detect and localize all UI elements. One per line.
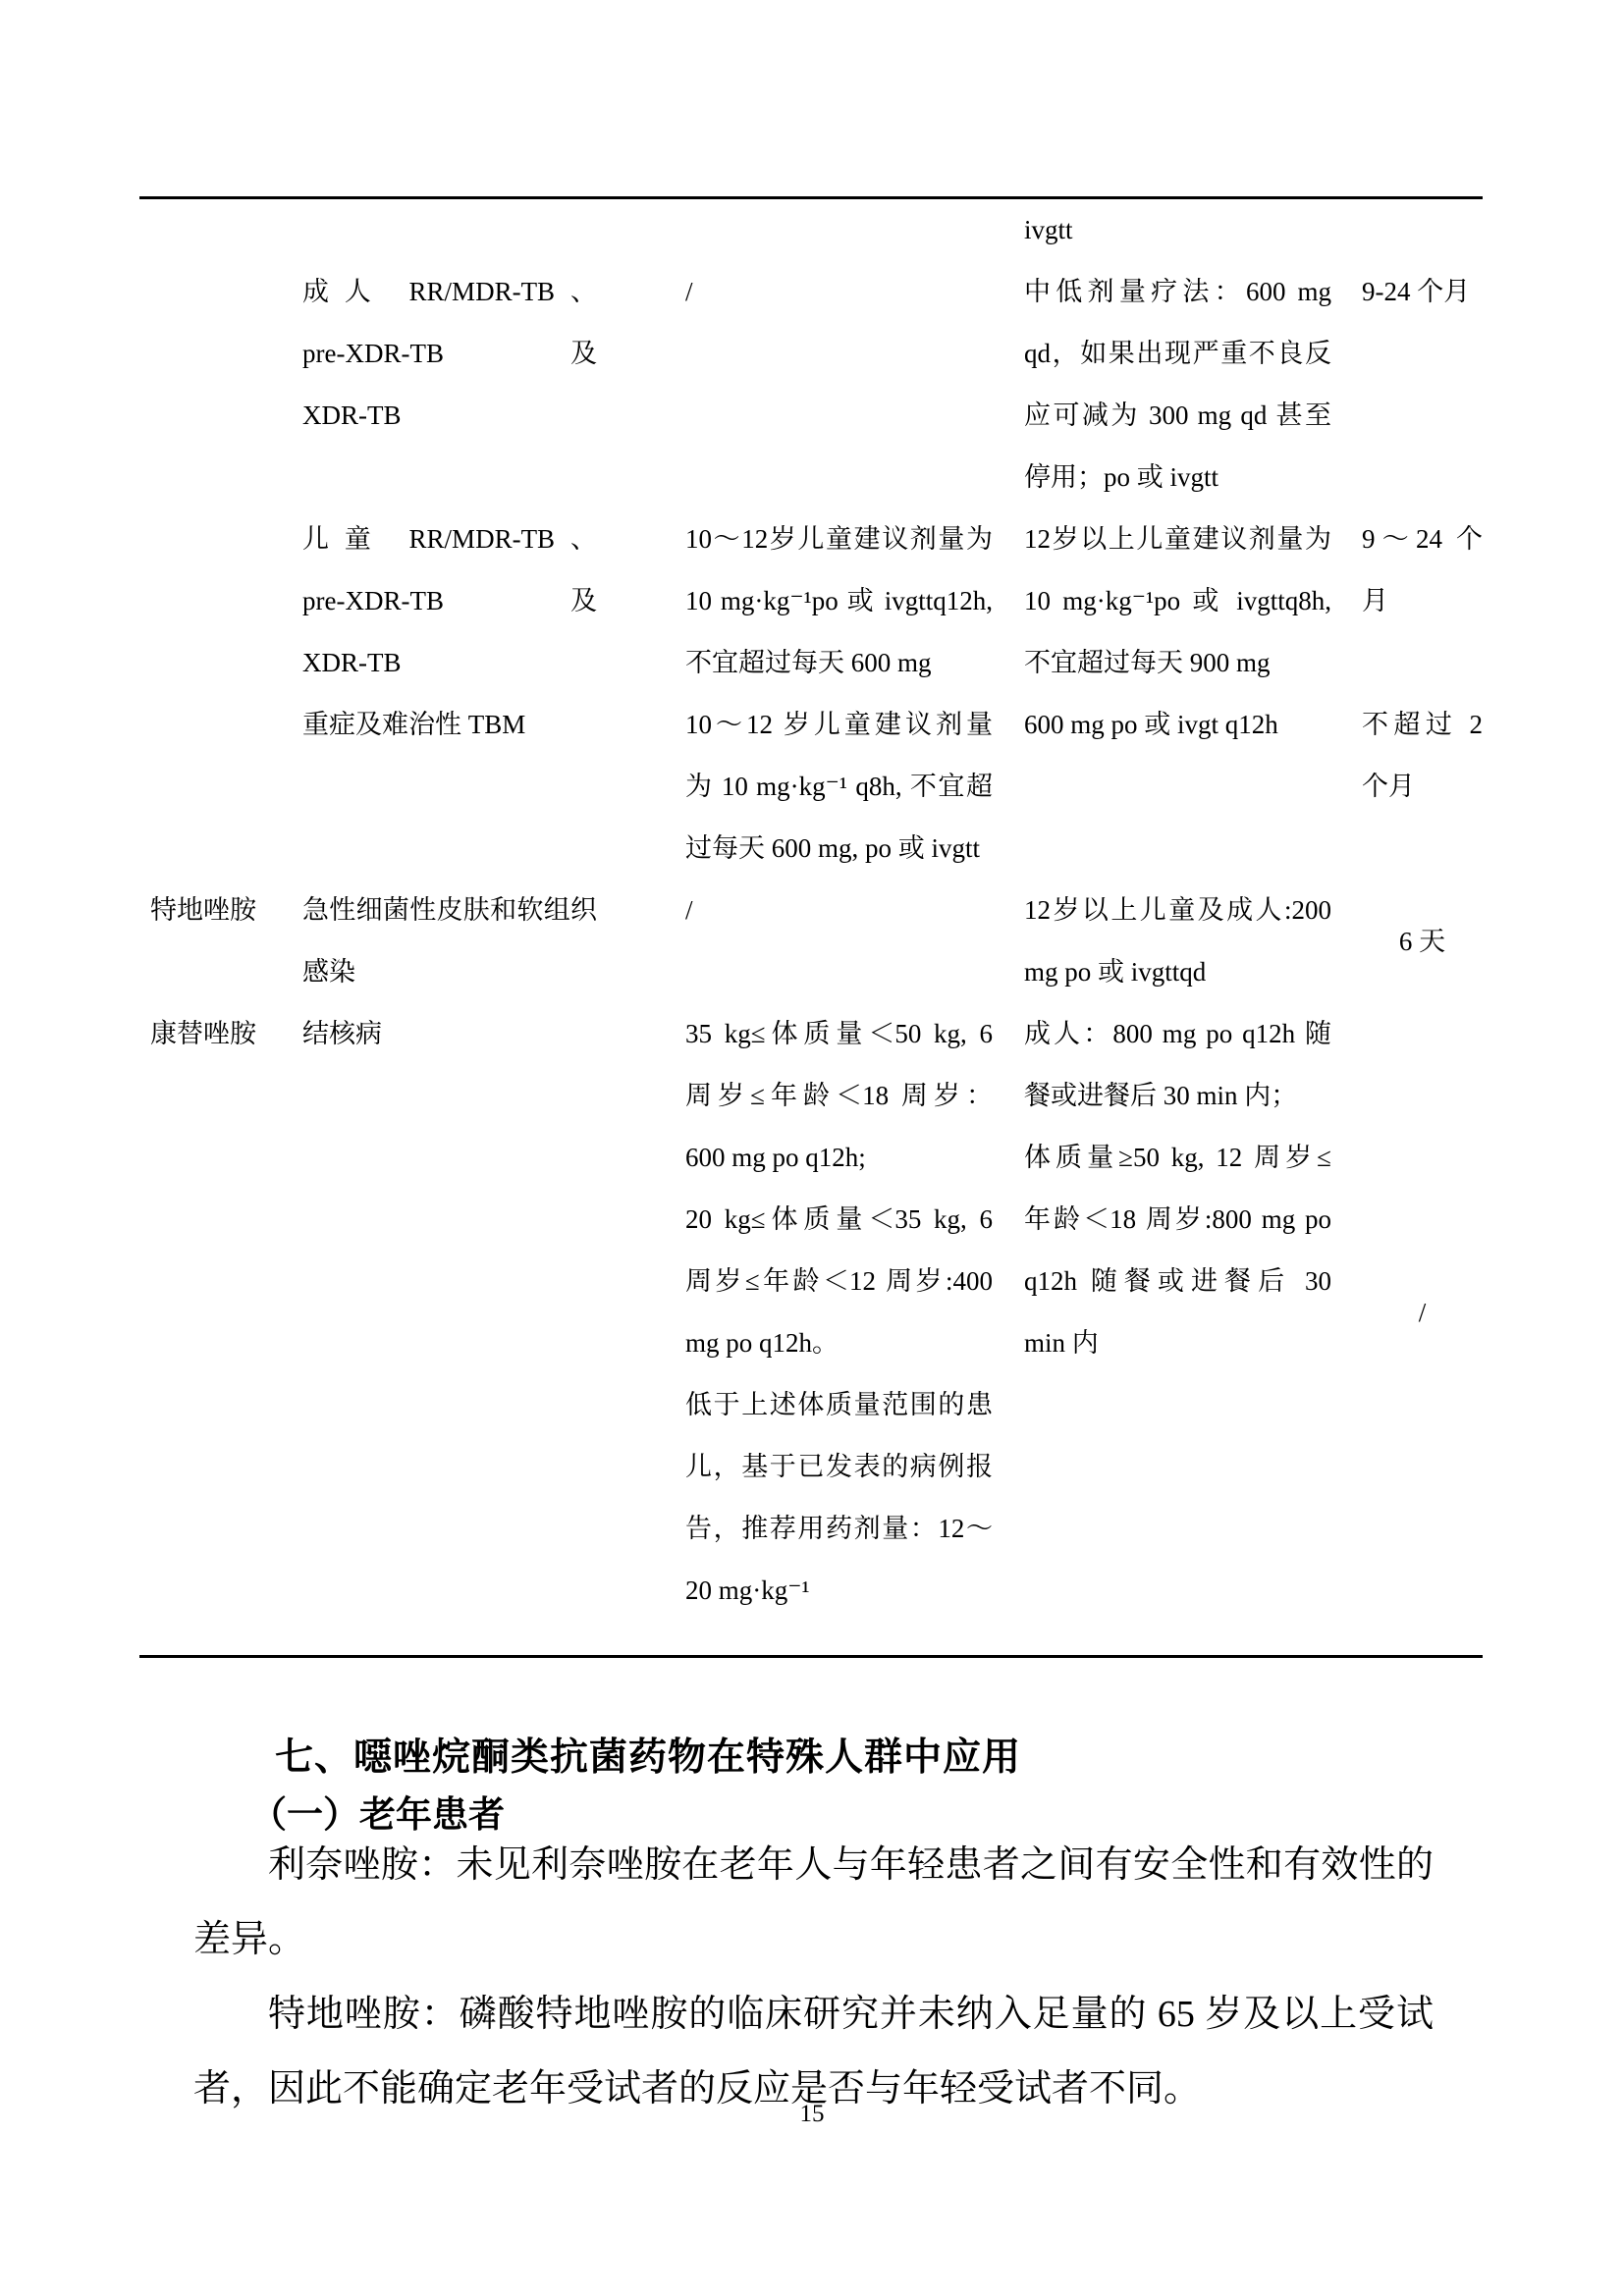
cell-line: 10 mg·kg⁻¹po 或 ivgttq8h, — [1024, 570, 1331, 632]
table-cell-c3: 35 kg≤体质量＜50 kg, 6周岁≤年龄＜18 周岁：600 mg po … — [685, 1003, 993, 1622]
table-cell-c3 — [685, 199, 993, 261]
table-cell-c3: 10～12 岁儿童建议剂量为 10 mg·kg⁻¹ q8h, 不宜超过每天 60… — [685, 694, 993, 880]
table-cell-c3: / — [685, 880, 993, 1003]
table-cell-c1 — [139, 199, 302, 261]
table-cell-c5: / — [1362, 1003, 1483, 1622]
table-cell-c4: 成人：800 mg po q12h 随餐或进餐后 30 min 内；体质量≥50… — [1024, 1003, 1331, 1622]
cell-line: 35 kg≤体质量＜50 kg, 6 — [685, 1003, 993, 1065]
cell-line: mg po q12h。 — [685, 1312, 993, 1374]
table-cell-c1 — [139, 508, 302, 694]
table-cell-c2: 重症及难治性 TBM — [302, 694, 597, 880]
cell-line: 体质量≥50 kg, 12 周岁≤ — [1024, 1127, 1331, 1189]
cell-line: 特地唑胺 — [150, 880, 302, 941]
cell-line: 结核病 — [302, 1003, 597, 1065]
row-adult-rr-mdr-tb: 成人 RR/MDR-TB、pre-XDR-TB 及XDR-TB/中低剂量疗法：6… — [139, 261, 1483, 508]
cell-line: 10 mg·kg⁻¹po 或 ivgttq12h, — [685, 570, 993, 632]
cell-line: pre-XDR-TB 及 — [302, 570, 597, 632]
cell-line: 低于上述体质量范围的患 — [685, 1374, 993, 1436]
cell-line: 10～12岁儿童建议剂量为 — [685, 508, 993, 570]
table-cell-c4: 600 mg po 或 ivgt q12h — [1024, 694, 1331, 880]
cell-line: 600 mg po 或 ivgt q12h — [1024, 694, 1331, 756]
cell-line: XDR-TB — [302, 632, 597, 694]
cell-line: 不宜超过每天 900 mg — [1024, 632, 1331, 694]
table-cell-c5: 9～24 个月 — [1362, 508, 1483, 694]
cell-line: XDR-TB — [302, 385, 597, 447]
cell-line: 6 天 — [1362, 911, 1483, 973]
cell-line: 应可减为 300 mg qd 甚至 — [1024, 385, 1331, 447]
cell-line: / — [1362, 1282, 1483, 1344]
table-cell-c2 — [302, 199, 597, 261]
cell-line: / — [685, 880, 993, 941]
table-cell-c4: 中低剂量疗法：600 mgqd，如果出现严重不良反应可减为 300 mg qd … — [1024, 261, 1331, 508]
cell-line: 周岁≤年龄＜18 周岁： — [685, 1065, 993, 1127]
cell-line: 急性细菌性皮肤和软组织 — [302, 880, 597, 941]
cell-line: 餐或进餐后 30 min 内； — [1024, 1065, 1331, 1127]
cell-line: 停用；po 或 ivgtt — [1024, 447, 1331, 508]
section-body: 利奈唑胺：未见利奈唑胺在老年人与年轻患者之间有安全性和有效性的差异。 特地唑胺：… — [193, 1828, 1434, 2126]
cell-line: 10～12 岁儿童建议剂量 — [685, 694, 993, 756]
cell-line: 个月 — [1362, 756, 1483, 818]
cell-line: 600 mg po q12h; — [685, 1127, 993, 1189]
cell-line: 20 mg·kg⁻¹ — [685, 1560, 993, 1622]
cell-line: qd，如果出现严重不良反 — [1024, 323, 1331, 385]
cell-line: 年龄＜18 周岁:800 mg po — [1024, 1189, 1331, 1251]
table-cell-c5: 6 天 — [1362, 880, 1483, 1003]
cell-line: 感染 — [302, 941, 597, 1003]
cell-line: q12h 随餐或进餐后 30 — [1024, 1251, 1331, 1312]
cell-line: 过每天 600 mg, po 或 ivgtt — [685, 818, 993, 880]
table-cell-c1: 特地唑胺 — [139, 880, 302, 1003]
table-cell-c4: 12岁以上儿童及成人:200mg po 或 ivgttqd — [1024, 880, 1331, 1003]
table-cell-c5: 9-24 个月 — [1362, 261, 1483, 508]
cell-line: 12岁以上儿童建议剂量为 — [1024, 508, 1331, 570]
cell-line: 中低剂量疗法：600 mg — [1024, 261, 1331, 323]
cell-line: 9-24 个月 — [1362, 261, 1483, 323]
cell-line: 儿童 RR/MDR-TB、 — [302, 508, 597, 570]
table-cell-c1 — [139, 694, 302, 880]
cell-line: ivgtt — [1024, 199, 1331, 261]
paragraph-linezolid-elderly: 利奈唑胺：未见利奈唑胺在老年人与年轻患者之间有安全性和有效性的差异。 — [193, 1828, 1434, 1977]
cell-line: 成人 RR/MDR-TB、 — [302, 261, 597, 323]
cell-line: 康替唑胺 — [150, 1003, 302, 1065]
row-child-rr-mdr-tb: 儿童 RR/MDR-TB、pre-XDR-TB 及XDR-TB10～12岁儿童建… — [139, 508, 1483, 694]
table-cell-c4: 12岁以上儿童建议剂量为10 mg·kg⁻¹po 或 ivgttq8h,不宜超过… — [1024, 508, 1331, 694]
table-cell-c2: 急性细菌性皮肤和软组织感染 — [302, 880, 597, 1003]
document-page: ivgtt成人 RR/MDR-TB、pre-XDR-TB 及XDR-TB/中低剂… — [0, 0, 1624, 2296]
row-contezolid: 康替唑胺结核病35 kg≤体质量＜50 kg, 6周岁≤年龄＜18 周岁：600… — [139, 1003, 1483, 1622]
cell-line: / — [685, 261, 993, 323]
cell-line: 20 kg≤体质量＜35 kg, 6 — [685, 1189, 993, 1251]
cell-line: pre-XDR-TB 及 — [302, 323, 597, 385]
section-heading: 七、噁唑烷酮类抗菌药物在特殊人群中应用 — [275, 1735, 1021, 1782]
cell-line: 12岁以上儿童及成人:200 — [1024, 880, 1331, 941]
cell-line: 月 — [1362, 570, 1483, 632]
table-cell-c3: 10～12岁儿童建议剂量为10 mg·kg⁻¹po 或 ivgttq12h,不宜… — [685, 508, 993, 694]
cell-line: 为 10 mg·kg⁻¹ q8h, 不宜超 — [685, 756, 993, 818]
table-cell-c3: / — [685, 261, 993, 508]
cell-line: 儿，基于已发表的病例报 — [685, 1436, 993, 1498]
table-cell-c2: 儿童 RR/MDR-TB、pre-XDR-TB 及XDR-TB — [302, 508, 597, 694]
cell-line: 成人：800 mg po q12h 随 — [1024, 1003, 1331, 1065]
cell-line: 不宜超过每天 600 mg — [685, 632, 993, 694]
cell-line: mg po 或 ivgttqd — [1024, 941, 1331, 1003]
cell-line: 周岁≤年龄＜12 周岁:400 — [685, 1251, 993, 1312]
row-continuation-ivgtt: ivgtt — [139, 199, 1483, 261]
cell-line: 不超过 2 — [1362, 694, 1483, 756]
table-bottom-rule — [139, 1655, 1483, 1658]
row-severe-refractory-tbm: 重症及难治性 TBM10～12 岁儿童建议剂量为 10 mg·kg⁻¹ q8h,… — [139, 694, 1483, 880]
table-cell-c2: 成人 RR/MDR-TB、pre-XDR-TB 及XDR-TB — [302, 261, 597, 508]
page-number: 15 — [0, 2101, 1624, 2128]
table-cell-c1 — [139, 261, 302, 508]
cell-line: 重症及难治性 TBM — [302, 694, 597, 756]
table-cell-c2: 结核病 — [302, 1003, 597, 1622]
table-cell-c5: 不超过 2个月 — [1362, 694, 1483, 880]
table-cell-c5 — [1362, 199, 1483, 261]
cell-line: min 内 — [1024, 1312, 1331, 1374]
table-cell-c4: ivgtt — [1024, 199, 1331, 261]
cell-line: 9～24 个 — [1362, 508, 1483, 570]
dosing-table: ivgtt成人 RR/MDR-TB、pre-XDR-TB 及XDR-TB/中低剂… — [139, 199, 1483, 1622]
table-cell-c1: 康替唑胺 — [139, 1003, 302, 1622]
cell-line: 告，推荐用药剂量：12～ — [685, 1498, 993, 1560]
row-tedizolid: 特地唑胺急性细菌性皮肤和软组织感染/12岁以上儿童及成人:200mg po 或 … — [139, 880, 1483, 1003]
